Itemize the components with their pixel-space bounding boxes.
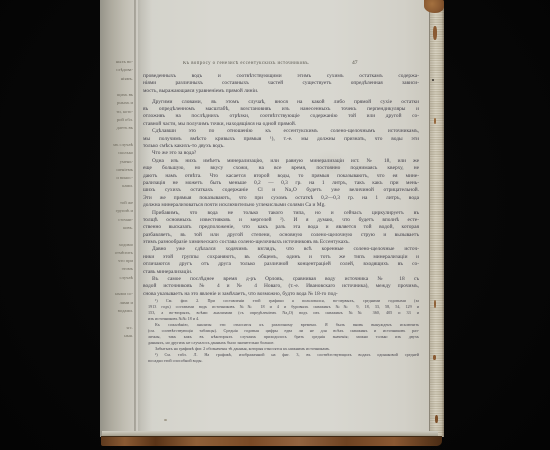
left-page-line-end: src. — [100, 324, 133, 332]
paragraph: Къ сожалѣнію, анализы эти относятся къ р… — [148, 322, 419, 346]
left-page-line-end: щихъ въ — [100, 91, 133, 99]
left-page-line-end: ковъ. — [100, 224, 133, 232]
text-line: ніями различныхъ составныхъ частей сущес… — [143, 80, 419, 87]
left-page-line-end: группѣ и — [100, 207, 133, 215]
text-line: Давно уже сдѣлался ходячимъ взглядъ, что… — [143, 246, 419, 253]
left-page-line-end: сточни- — [100, 216, 133, 224]
left-page-text-fragments: ныхъ во-слѣдова-ніямъ.щихъ върныхъ ити, … — [100, 58, 133, 340]
left-page-line-end: ніямъ. — [100, 75, 133, 83]
text-line: еще большую, но вкусу схожи, на все врем… — [143, 165, 419, 172]
text-line: Сдѣлавши это по отношенію къ ессентукски… — [143, 128, 419, 135]
page-number: 47 — [352, 60, 358, 66]
left-page-line-end — [100, 282, 133, 290]
text-line: мость, выражающаяся уравненіемъ прямой л… — [143, 88, 419, 95]
left-page-line-end — [100, 191, 133, 199]
book-photo: ныхъ во-слѣдова-ніямъ.щихъ върныхъ ити, … — [0, 0, 550, 450]
text-line: Что же это за вода? — [143, 150, 419, 157]
left-page-line-end: и винос- — [100, 174, 133, 182]
text-line: ственно высказать предположеніе, что как… — [143, 224, 419, 231]
paragraph: Другими словами, въ этомъ случаѣ, внося … — [143, 99, 419, 129]
left-page-line-end: водами. — [100, 307, 133, 315]
text-line: должна минерализоваться почти исключител… — [143, 202, 419, 209]
left-page-line-end — [100, 315, 133, 323]
left-page-line-end: рой обл. — [100, 116, 133, 124]
text-line: разбавляетъ, въ той или другой степени, … — [143, 232, 419, 239]
paragraph: Что же это за вода? — [143, 150, 419, 157]
left-page-line-end: ти, кото- — [100, 108, 133, 116]
text-line: отличаются другъ отъ друга только различ… — [143, 261, 419, 268]
left-page-line-end: этомъ — [100, 265, 133, 273]
left-page-line-end: сколько — [100, 149, 133, 157]
text-line: Одна изъ нихъ имѣетъ минерализацію, или … — [143, 158, 419, 165]
text-line: водой источниковъ № 4 и № 4 Новаго, (т.-… — [143, 283, 419, 290]
left-page-edge: ныхъ во-слѣдова-ніямъ.щихъ върныхъ ити, … — [100, 0, 138, 437]
text-line: въ опредѣленномъ масштабѣ, возстановивъ … — [143, 106, 419, 113]
left-page-line-end: ходимо — [100, 241, 133, 249]
gutter-highlight — [136, 0, 138, 437]
fore-edge-pages — [429, 6, 444, 437]
text-line: Эти же прямыя показываютъ, что при сухом… — [143, 195, 419, 202]
running-header: Къ вопросу о генезисѣ ессентукскихъ исто… — [183, 61, 310, 66]
left-page-line-end: ныхъ во- — [100, 58, 133, 66]
text-line: посадки этой способной воды. — [148, 358, 419, 364]
left-page-line-end: лями и — [100, 299, 133, 307]
text-line: Другими словами, въ этомъ случаѣ, внося … — [143, 99, 419, 106]
text-line: мы получимъ вмѣсто кривыхъ прямыя ¹), т.… — [143, 136, 419, 143]
left-page-line-end — [100, 133, 133, 141]
left-page-line-end: ками. — [100, 182, 133, 190]
left-page-line-end: слѣдова- — [100, 66, 133, 74]
body-text: проведенныхъ водъ и соотвѣтствующими эти… — [143, 73, 419, 298]
paragraph: Сдѣлавши это по отношенію къ ессентукски… — [143, 128, 419, 150]
left-page-line-end — [100, 83, 133, 91]
page-speck — [164, 419, 167, 421]
text-line: отложивъ на послѣднихъ отрѣзки, соотвѣтс… — [143, 113, 419, 120]
footnotes: ¹) См. фиг. 2. При составленіи этой граф… — [148, 298, 419, 364]
fore-edge-stain — [434, 300, 436, 308]
left-page-line-end: что при — [100, 257, 133, 265]
text-line: рализація не можетъ быть меньше 0,2 — 0,… — [143, 180, 419, 187]
cover-corner-top-right — [424, 0, 444, 13]
text-line: только смѣсь какихъ-то двухъ водъ. — [143, 143, 419, 150]
text-line: ставной части, мы получимъ точки, находя… — [143, 121, 419, 128]
left-page-line-end: шеніемъ — [100, 166, 133, 174]
left-page-line-end: ными со- — [100, 290, 133, 298]
left-page-line-end: ныя. — [100, 332, 133, 340]
left-page-line-end: даетъ въ — [100, 124, 133, 132]
fore-edge-stain — [435, 415, 438, 423]
paragraph: Прибавимъ, что вода не только такого тип… — [143, 210, 419, 247]
fore-edge-shading — [430, 6, 444, 437]
text-line: даютъ намъ отвѣта. Что касается второй в… — [143, 173, 419, 180]
text-line: Въ самое послѣднее время д-ръ Орловъ, ср… — [143, 276, 419, 283]
text-line: шихъ сухихъ остаткахъ содержаніе Cl и Na… — [143, 187, 419, 194]
text-line: проведенныхъ водъ и соотвѣтствующими эти… — [143, 73, 419, 80]
left-page-line-end: отмѣтить — [100, 249, 133, 257]
fore-edge-stain — [434, 118, 436, 124]
fore-edge-stain — [433, 355, 436, 360]
left-page-line-end: рныхъ и — [100, 99, 133, 107]
paragraph: Въ самое послѣднее время д-ръ Орловъ, ср… — [143, 276, 419, 298]
left-page-line-end: мъ случаѣ — [100, 141, 133, 149]
left-page-line-end — [100, 232, 133, 240]
text-line: этимъ разнообразіе химическаго состава с… — [143, 239, 419, 246]
paragraph: Давно уже сдѣлался ходячимъ взглядъ, что… — [143, 246, 419, 276]
left-page-line-end: случаѣ — [100, 274, 133, 282]
fore-edge-stain — [433, 26, 437, 40]
paragraph: проведенныхъ водъ и соотвѣтствующими эти… — [143, 73, 419, 95]
cover-edge-bottom — [101, 436, 442, 446]
text-line: толщѣ основныхъ известняковъ и мергелей … — [143, 217, 419, 224]
paragraph: Одна изъ нихъ имѣетъ минерализацію, или … — [143, 158, 419, 210]
fore-edge-speck — [432, 79, 434, 81]
left-page-line-end: той же — [100, 199, 133, 207]
text-line: ники этой группы сохраняютъ, въ общемъ, … — [143, 254, 419, 261]
text-line: Прибавимъ, что вода не только такого тип… — [143, 210, 419, 217]
text-line: ставъ минерализаціи. — [143, 269, 419, 276]
left-page-line-end: умень- — [100, 158, 133, 166]
paragraph: ²) См. табл. Л. На графикѣ, изображенной… — [148, 352, 419, 364]
paragraph: ¹) См. фиг. 2. При составленіи этой граф… — [148, 298, 419, 322]
